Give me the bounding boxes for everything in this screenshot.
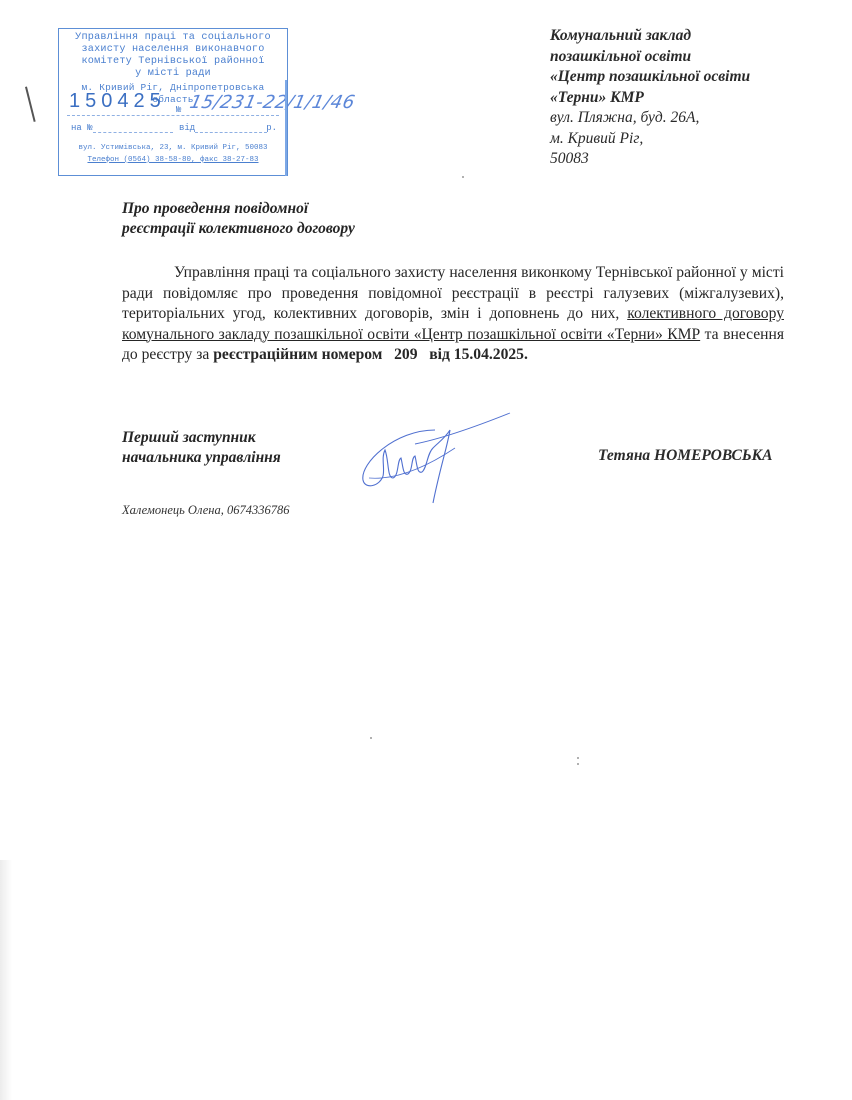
subject-line: Про проведення повідомної [122,199,355,219]
stamp-divider [67,115,279,116]
margin-pen-mark [25,87,36,122]
stamp-number-label: № [176,105,181,115]
scan-speck [370,737,372,739]
stamp-org-line: у місті ради [59,68,287,80]
stamp-org-line: захисту населення виконавчого [59,44,287,56]
stamp-address: вул. Устимівська, 23, м. Кривий Ріг, 500… [59,144,287,152]
stamp-vid-label: від [179,123,195,133]
stamp-blank [93,132,173,133]
body-reg-number: 209 [394,346,417,363]
addressee-line: позашкільної освіти [550,47,750,68]
subject-line: реєстрації колективного договору [122,219,355,239]
signer-position: Перший заступник начальника управління [122,428,281,468]
addressee-postcode: 50083 [550,149,750,170]
scan-speck [577,763,579,765]
letter-subject: Про проведення повідомної реєстрації кол… [122,199,355,239]
addressee-line: Комунальний заклад [550,26,750,47]
body-reg-date: 15.04.2025. [454,346,528,363]
handwritten-signature [355,408,515,508]
signer-position-line: Перший заступник [122,428,281,448]
stamp-org-line: Управління праці та соціального [59,32,287,44]
addressee-street: вул. Пляжна, буд. 26А, [550,108,750,129]
signer-name: Тетяна НОМЕРОВСЬКА [598,447,773,465]
scan-speck [462,176,464,178]
stamp-r-label: р. [266,123,277,133]
stamp-handwritten-number: 15/231-22/1/1/46 [188,92,357,113]
stamp-date-number: 150425 [69,90,166,113]
stamp-blank [195,132,267,133]
scan-shadow [0,860,12,1100]
addressee-block: Комунальний заклад позашкільної освіти «… [550,26,750,170]
stamp-edge-line [285,80,287,176]
body-reg-label: реєстраційним номером [213,346,382,363]
stamp-phone: Телефон (0564) 38-58-80, факс 38-27-83 [59,156,287,164]
addressee-line: «Терни» КМР [550,88,750,109]
addressee-line: «Центр позашкільної освіти [550,67,750,88]
letter-body: Управління праці та соціального захисту … [122,263,784,366]
body-from-label: від [429,346,450,363]
stamp-na-label: на № [71,123,93,133]
addressee-city: м. Кривий Ріг, [550,129,750,150]
stamp-org-line: комітету Тернівської районної [59,56,287,68]
scan-speck [577,757,579,759]
executor-contact: Халемонець Олена, 0674336786 [122,503,289,518]
registration-stamp: Управління праці та соціального захисту … [58,28,288,176]
signer-position-line: начальника управління [122,448,281,468]
